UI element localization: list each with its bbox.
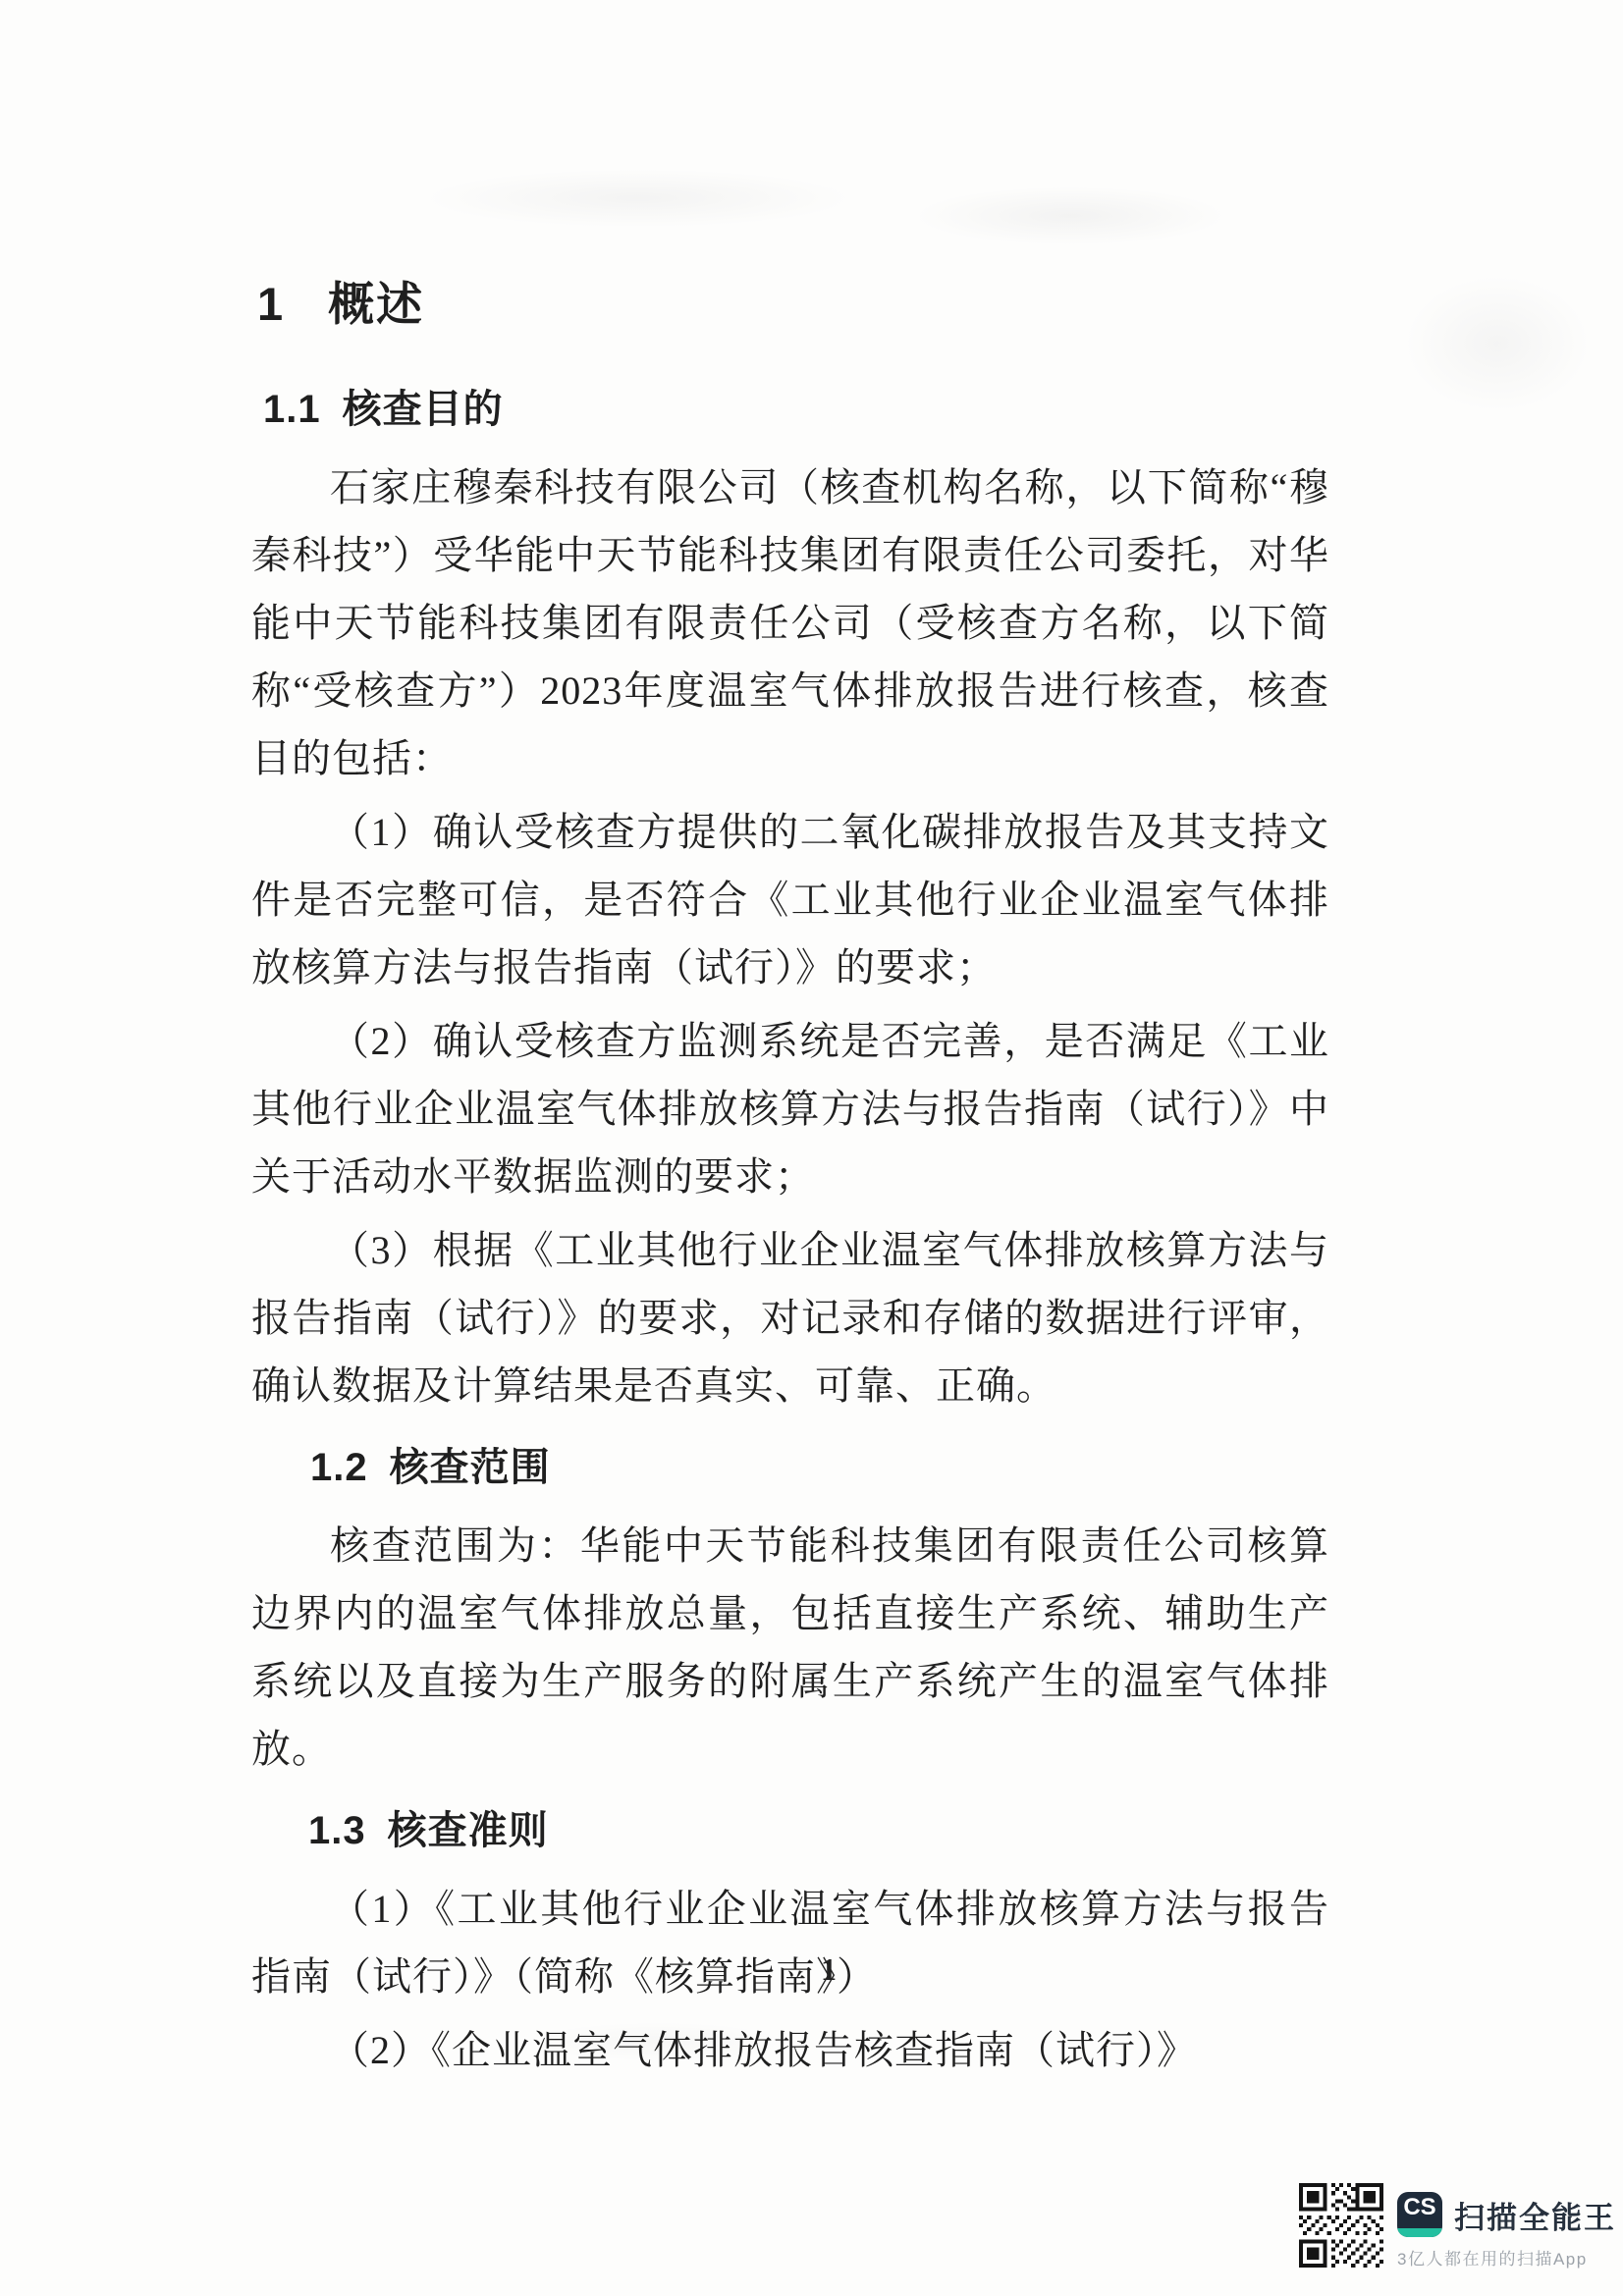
section-1-3-title: 核查准则 — [388, 1809, 549, 1852]
document-body: 1概述 1.1核查目的 石家庄穆秦科技有限公司（核查机构名称，以下简称“穆秦科技… — [251, 279, 1329, 2090]
section-1-2-number: 1.2 — [310, 1445, 368, 1490]
camscanner-logo-letters: CS — [1397, 2192, 1442, 2228]
camscanner-logo-accent — [1397, 2228, 1442, 2237]
scanned-document-page: 1概述 1.1核查目的 石家庄穆秦科技有限公司（核查机构名称，以下简称“穆秦科技… — [0, 0, 1623, 2296]
scan-smudge — [422, 169, 854, 228]
section-1-heading: 1概述 — [257, 279, 1329, 330]
camscanner-logo-icon: CS — [1397, 2192, 1442, 2237]
camscanner-tagline: 3亿人都在用的扫描App — [1397, 2245, 1616, 2269]
section-1-3-heading: 1.3核查准则 — [308, 1808, 1329, 1853]
camscanner-brand-row: CS 扫描全能王 — [1397, 2192, 1616, 2237]
purpose-item-2: （2）确认受核查方监测系统是否完善，是否满足《工业其他行业企业温室气体排放核算方… — [251, 1007, 1329, 1210]
purpose-item-3: （3）根据《工业其他行业企业温室气体排放核算方法与报告指南（试行）》的要求，对记… — [251, 1216, 1329, 1419]
camscanner-watermark: CS 扫描全能王 3亿人都在用的扫描App — [1299, 2183, 1616, 2269]
section-1-2-title: 核查范围 — [390, 1446, 551, 1489]
page-number: 1 — [821, 1951, 837, 1988]
section-1-3-number: 1.3 — [308, 1808, 366, 1853]
scan-smudge — [913, 187, 1227, 245]
intro-paragraph: 石家庄穆秦科技有限公司（核查机构名称，以下简称“穆秦科技”）受华能中天节能科技集… — [251, 454, 1329, 792]
scan-smudge — [1404, 275, 1591, 412]
qr-code-icon — [1299, 2183, 1383, 2268]
criteria-item-2: （2）《企业温室气体排放报告核查指南（试行）》 — [251, 2016, 1329, 2084]
criteria-item-1: （1）《工业其他行业企业温室气体排放核算方法与报告指南（试行）》（简称《核算指南… — [251, 1875, 1329, 2010]
section-1-number: 1 — [257, 279, 285, 330]
section-1-1-number: 1.1 — [263, 387, 321, 432]
section-1-1-heading: 1.1核查目的 — [263, 387, 1329, 432]
section-1-1-title: 核查目的 — [343, 388, 504, 431]
scope-paragraph: 核查范围为：华能中天节能科技集团有限责任公司核算边界内的温室气体排放总量，包括直… — [251, 1512, 1329, 1783]
section-1-title: 概述 — [328, 278, 424, 330]
camscanner-text-block: CS 扫描全能王 3亿人都在用的扫描App — [1397, 2183, 1616, 2269]
camscanner-app-name: 扫描全能王 — [1454, 2193, 1616, 2237]
purpose-item-1: （1）确认受核查方提供的二氧化碳排放报告及其支持文件是否完整可信，是否符合《工业… — [251, 798, 1329, 1001]
section-1-2-heading: 1.2核查范围 — [310, 1445, 1329, 1490]
